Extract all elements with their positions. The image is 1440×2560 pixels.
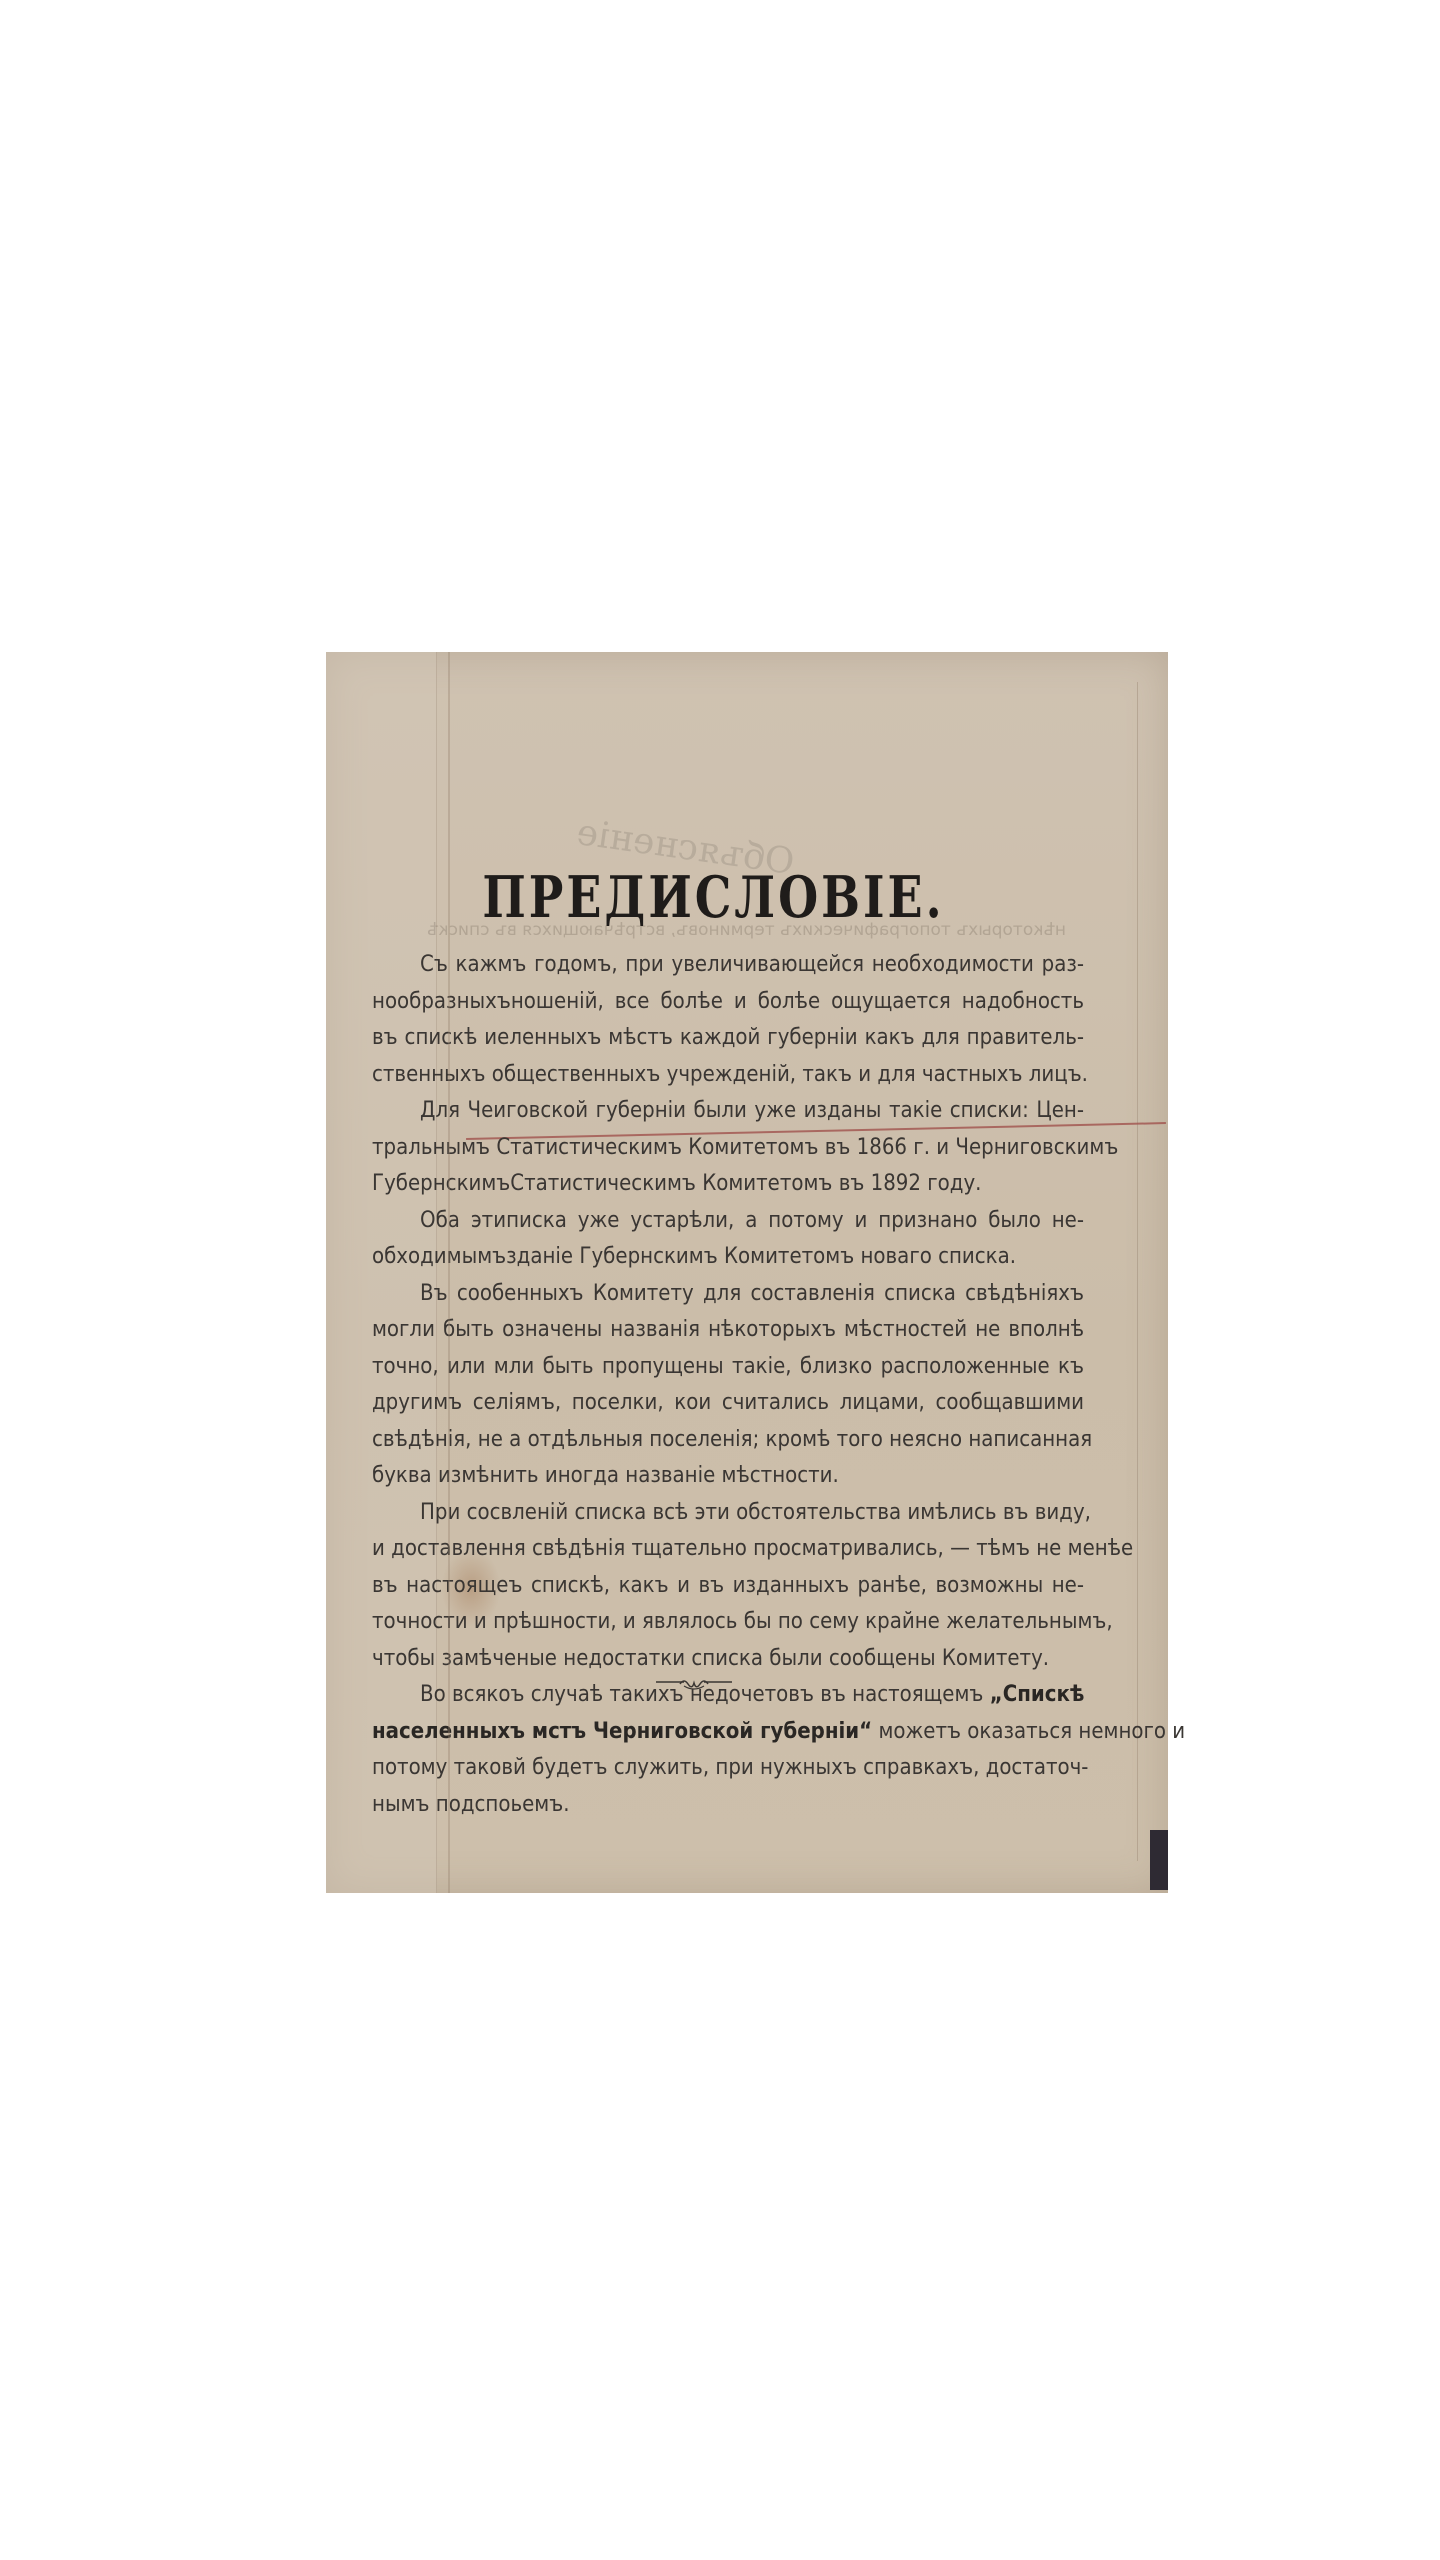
text-line: въ спискѣ иеленныхъ мѣстъ каждой губерні… <box>372 1020 1084 1057</box>
text-line: чтобы замѣченые недостатки списка были с… <box>372 1641 1084 1678</box>
text-line: При сосвленій списка всѣ эти обстоятельс… <box>372 1495 1084 1532</box>
text-line: Съ кажмъ годомъ, при увеличивающейся нео… <box>372 947 1084 984</box>
text-line: въ настоящеъ спискѣ, какъ и въ изданныхъ… <box>372 1568 1084 1605</box>
page-title: ПРЕДИСЛОВІЕ. <box>326 863 1101 931</box>
text-line: нообразныхъношеній, все болѣе и болѣе ощ… <box>372 984 1084 1021</box>
paper-fold-right <box>1137 682 1168 1861</box>
text-line: другимъ селіямъ, поселки, кои считались … <box>372 1385 1084 1422</box>
text-line: ГубернскимъСтатистическимъ Комитетомъ въ… <box>372 1166 1084 1203</box>
text-line: точности и прѣшности, и являлось бы по с… <box>372 1604 1084 1641</box>
text-line: буква измѣнить иногда названіе мѣстности… <box>372 1458 1084 1495</box>
book-spine <box>1150 1830 1168 1890</box>
text-line: потому таковй будетъ служить, при нужных… <box>372 1750 1084 1787</box>
ornament-divider-icon <box>656 1676 732 1692</box>
text-line: свѣдѣнія, не а отдѣльныя поселенія; кром… <box>372 1422 1084 1459</box>
text-line: нымъ подспоьемъ. <box>372 1787 1084 1824</box>
text-line: Для Чеиговской губерніи были уже изданы … <box>372 1093 1084 1130</box>
text-line: обходимымъзданіе Губернскимъ Комитетомъ … <box>372 1239 1084 1276</box>
text-line: населенныхъ мстъ Черниговской губерніи“ … <box>372 1714 1084 1751</box>
text-line: точно, или мли быть пропущены такіе, бли… <box>372 1349 1084 1386</box>
text-line: и доставлення свѣдѣнія тщательно просмат… <box>372 1531 1084 1568</box>
text-line: Оба этиписка уже устарѣли, а потому и пр… <box>372 1203 1084 1240</box>
text-line: Въ сообенныхъ Комитету для составленія с… <box>372 1276 1084 1313</box>
text-line: ственныхъ общественныхъ учрежденій, такъ… <box>372 1057 1084 1094</box>
document-page: Объясненіе нѣкоторыхъ топографическихъ т… <box>326 652 1168 1893</box>
text-line: тральнымъ Статистическимъ Комитетомъ въ … <box>372 1130 1084 1167</box>
text-line: могли быть означены названія нѣкоторыхъ … <box>372 1312 1084 1349</box>
